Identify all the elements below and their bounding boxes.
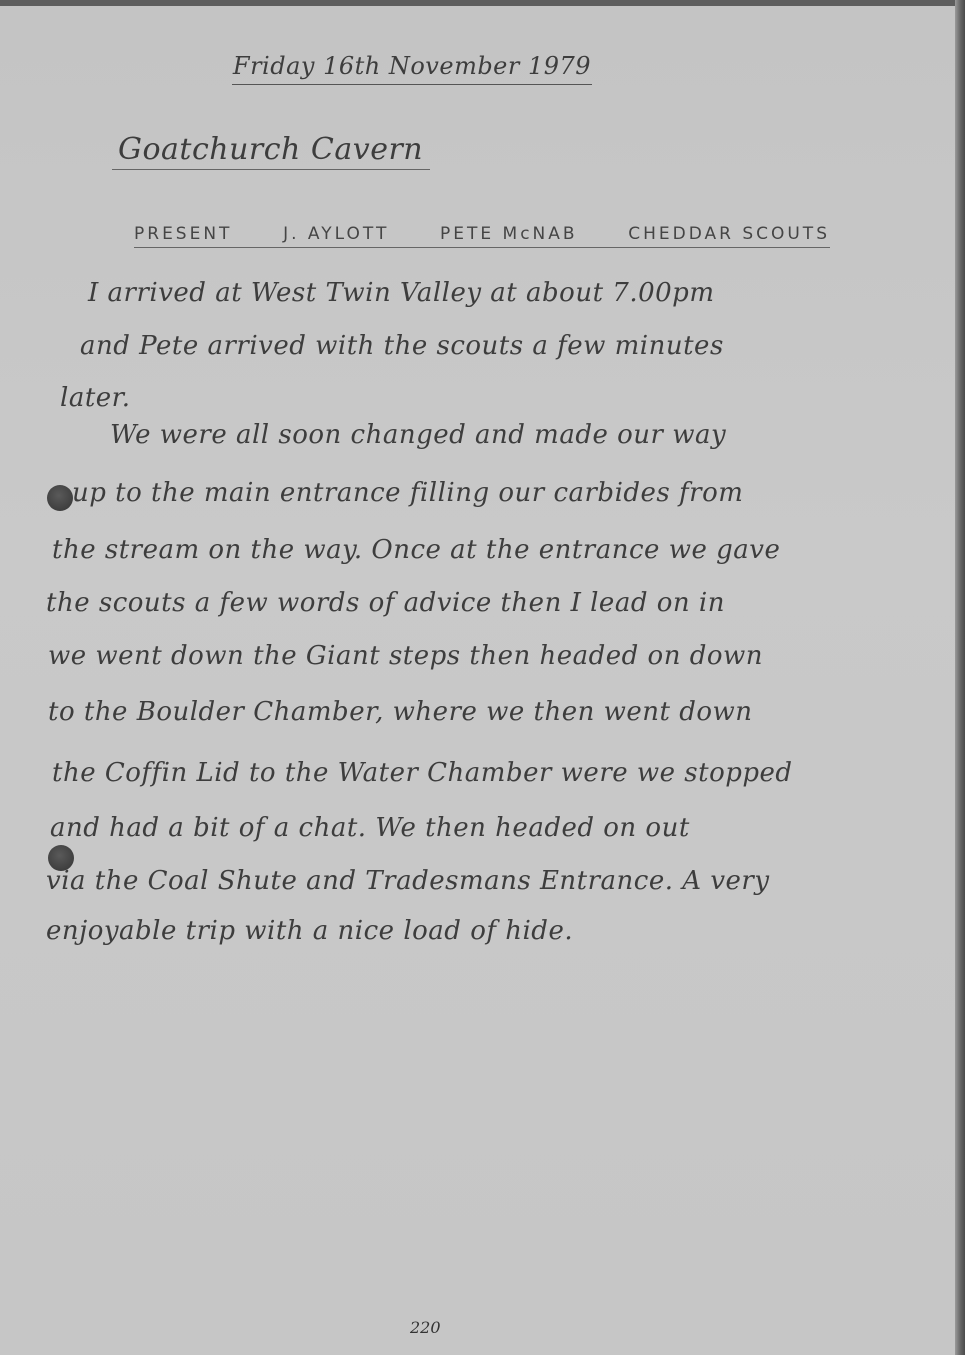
entry-line: and Pete arrived with the scouts a few m… [80, 331, 930, 361]
entry-line: the scouts a few words of advice then I … [46, 588, 896, 618]
entry-line: and had a bit of a chat. We then headed … [50, 813, 900, 843]
entry-line: we went down the Giant steps then headed… [48, 641, 898, 671]
attendee-name: CHEDDAR SCOUTS [628, 224, 830, 244]
scan-top-edge [0, 0, 965, 6]
entry-line: the stream on the way. Once at the entra… [52, 535, 902, 565]
entry-line: to the Boulder Chamber, where we then we… [48, 697, 898, 727]
present-attendees: PRESENT J. AYLOTT PETE McNAB CHEDDAR SCO… [134, 224, 830, 248]
attendee-name: PETE McNAB [440, 224, 578, 244]
page-number: 220 [410, 1318, 441, 1337]
present-label: PRESENT [134, 224, 232, 244]
entry-date: Friday 16th November 1979 [232, 52, 592, 85]
entry-line: I arrived at West Twin Valley at about 7… [88, 278, 938, 308]
scan-right-edge [955, 0, 965, 1355]
notebook-page [0, 6, 955, 1355]
entry-line: enjoyable trip with a nice load of hide. [46, 916, 896, 946]
cave-title: Goatchurch Cavern [112, 132, 430, 170]
punch-hole [47, 485, 73, 511]
entry-line: We were all soon changed and made our wa… [110, 420, 960, 450]
entry-line: up to the main entrance filling our carb… [72, 478, 922, 508]
punch-hole [48, 845, 74, 871]
attendee-name: J. AYLOTT [283, 224, 389, 244]
entry-line: the Coffin Lid to the Water Chamber were… [52, 758, 902, 788]
entry-line: via the Coal Shute and Tradesmans Entran… [46, 866, 896, 896]
entry-line: later. [60, 383, 910, 413]
